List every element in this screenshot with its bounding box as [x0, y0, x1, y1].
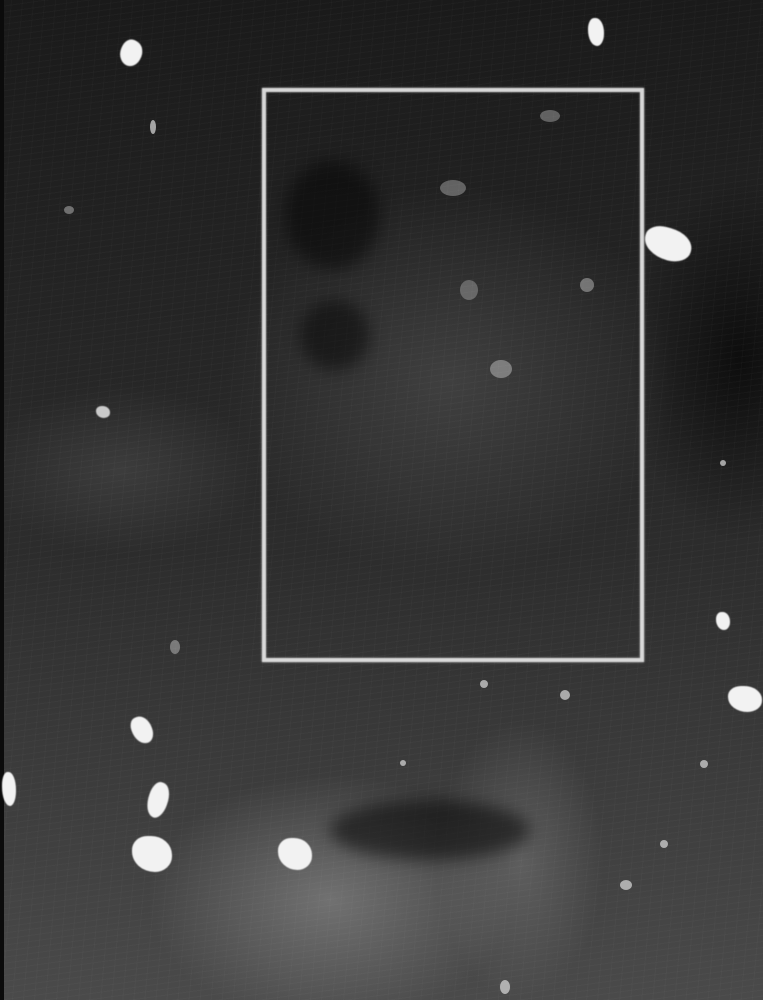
speck [170, 640, 180, 654]
chalk-fleck [588, 18, 604, 46]
chalk-rectangle [262, 88, 644, 662]
speck [540, 110, 560, 122]
speck [150, 120, 156, 134]
speck [720, 460, 726, 466]
speck [490, 360, 512, 378]
chalk-fleck [2, 772, 16, 806]
speck [400, 760, 406, 766]
speck [620, 880, 632, 890]
speck [580, 278, 594, 292]
chalk-fleck [716, 612, 730, 630]
chalk-fleck [96, 406, 110, 418]
speck [64, 206, 74, 214]
speck [440, 180, 466, 196]
speck [460, 280, 478, 300]
speck [560, 690, 570, 700]
speck [480, 680, 488, 688]
speck [500, 980, 510, 994]
speck [700, 760, 708, 768]
dark-stain [330, 800, 530, 860]
film-edge [0, 0, 4, 1000]
speck [660, 840, 668, 848]
